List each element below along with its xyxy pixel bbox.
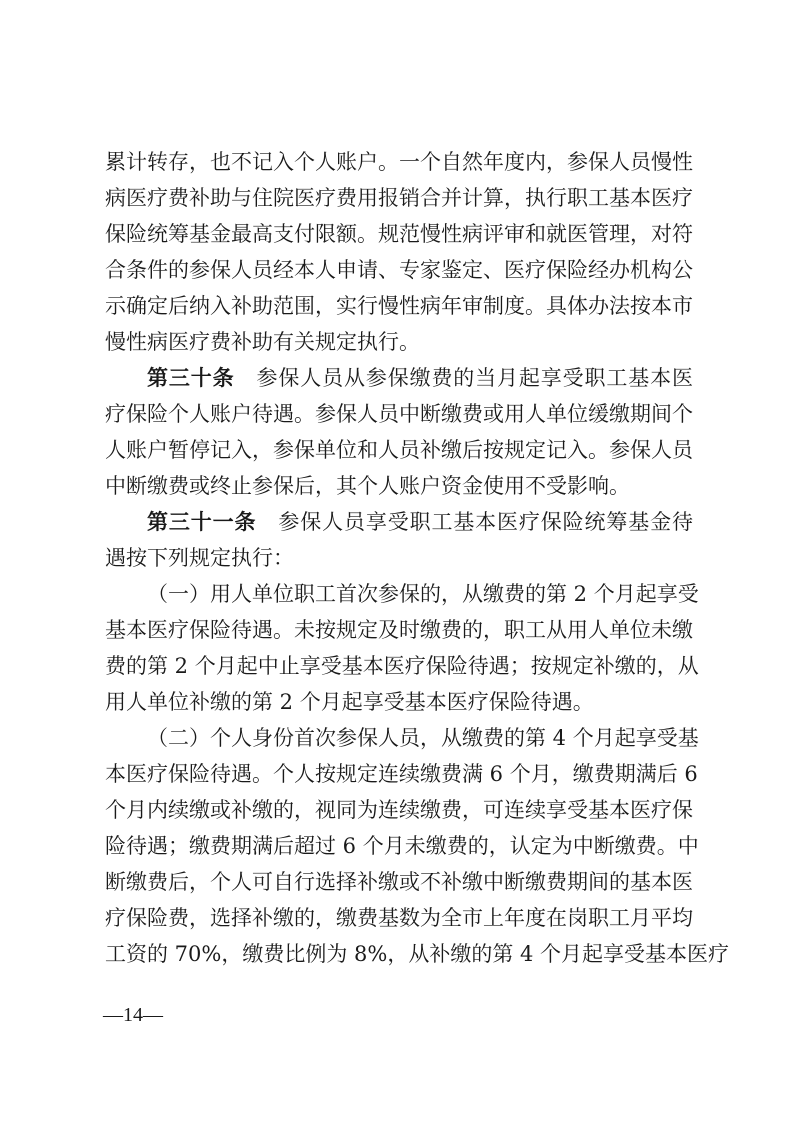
body-text: 累计转存，也不记入个人账户。一个自然年度内，参保人员慢性 病医疗费补助与住院医疗… (105, 144, 693, 972)
article-31-heading-line: 第三十一条参保人员享受职工基本医疗保险统筹基金待 (105, 504, 693, 540)
text-line: 慢性病医疗费补助有关规定执行。 (105, 324, 693, 360)
article-31-title: 第三十一条 (147, 510, 256, 534)
text-line: 疗保险个人账户待遇。参保人员中断缴费或用人单位缓缴期间个 (105, 396, 693, 432)
text-line: 基本医疗保险待遇。未按规定及时缴费的，职工从用人单位未缴 (105, 612, 693, 648)
document-page: 累计转存，也不记入个人账户。一个自然年度内，参保人员慢性 病医疗费补助与住院医疗… (0, 0, 794, 1123)
text-line: 累计转存，也不记入个人账户。一个自然年度内，参保人员慢性 (105, 144, 693, 180)
text-line: 人账户暂停记入，参保单位和人员补缴后按规定记入。参保人员 (105, 432, 693, 468)
text-line: 用人单位补缴的第 2 个月起享受基本医疗保险待遇。 (105, 684, 693, 720)
item-2-first-line: （二）个人身份首次参保人员，从缴费的第 4 个月起享受基 (105, 720, 693, 756)
text-line: 遇按下列规定执行： (105, 540, 693, 576)
text-line: 费的第 2 个月起中止享受基本医疗保险待遇；按规定补缴的，从 (105, 648, 693, 684)
article-30-first-line: 参保人员从参保缴费的当月起享受职工基本医 (256, 366, 693, 390)
text-line: 中断缴费或终止参保后，其个人账户资金使用不受影响。 (105, 468, 693, 504)
text-line: 工资的 70%，缴费比例为 8%，从补缴的第 4 个月起享受基本医疗 (105, 936, 693, 972)
text-line: 示确定后纳入补助范围，实行慢性病年审制度。具体办法按本市 (105, 288, 693, 324)
article-31-first-line: 参保人员享受职工基本医疗保险统筹基金待 (278, 510, 693, 534)
text-line: 断缴费后，个人可自行选择补缴或不补缴中断缴费期间的基本医 (105, 864, 693, 900)
article-30-heading-line: 第三十条参保人员从参保缴费的当月起享受职工基本医 (105, 360, 693, 396)
text-line: 疗保险费，选择补缴的，缴费基数为全市上年度在岗职工月平均 (105, 900, 693, 936)
text-line: 保险统筹基金最高支付限额。规范慢性病评审和就医管理，对符 (105, 216, 693, 252)
page-number: —14— (103, 1003, 163, 1027)
text-line: 病医疗费补助与住院医疗费用报销合并计算，执行职工基本医疗 (105, 180, 693, 216)
article-30-title: 第三十条 (147, 366, 234, 390)
text-line: 险待遇；缴费期满后超过 6 个月未缴费的，认定为中断缴费。中 (105, 828, 693, 864)
text-line: 本医疗保险待遇。个人按规定连续缴费满 6 个月，缴费期满后 6 (105, 756, 693, 792)
text-line: 合条件的参保人员经本人申请、专家鉴定、医疗保险经办机构公 (105, 252, 693, 288)
item-1-first-line: （一）用人单位职工首次参保的，从缴费的第 2 个月起享受 (105, 576, 693, 612)
text-line: 个月内续缴或补缴的，视同为连续缴费，可连续享受基本医疗保 (105, 792, 693, 828)
